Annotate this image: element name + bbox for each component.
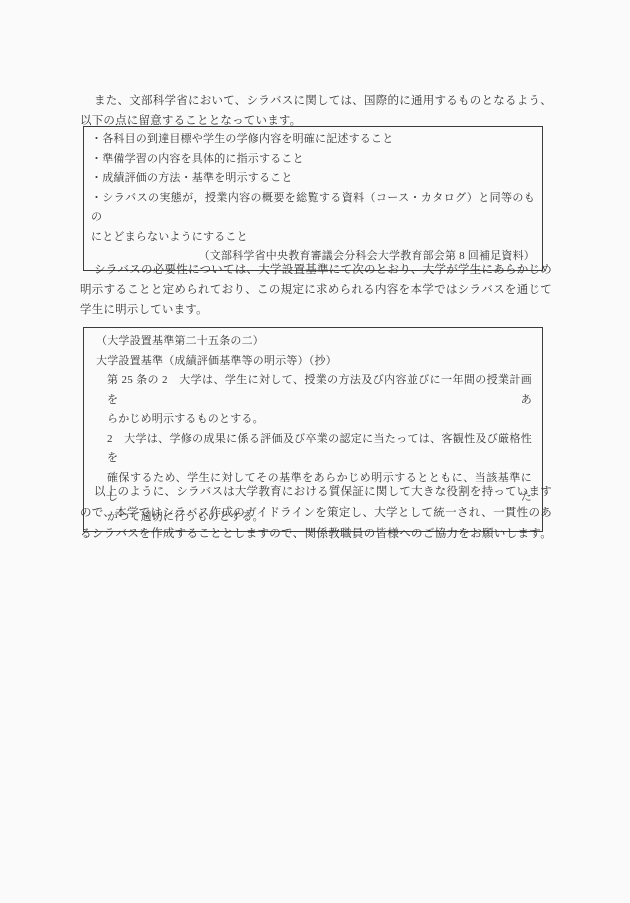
- notice-item: ・シラバスの実態が，授業内容の概要を総覧する資料（コース・カタログ）と同等のもの: [91, 189, 535, 228]
- text-line: 学生に明示しています。: [80, 300, 552, 320]
- text-line: 明示することと定められており、この規定に求められる内容を本学ではシラバスを通じて: [80, 280, 552, 300]
- standards-line: 大学設置基準（成績評価基準等の明示等）（抄）: [96, 352, 532, 372]
- closing-paragraph: 以上のように、シラバスは大学教育における質保証に関して大きな役割を持っています …: [80, 482, 552, 545]
- text-line: 以上のように、シラバスは大学教育における質保証に関して大きな役割を持っています: [80, 482, 552, 503]
- standards-line: 第 25 条の 2 大学は、学生に対して、授業の方法及び内容並びに一年間の授業計…: [107, 371, 532, 410]
- notice-item: ・準備学習の内容を具体的に指示すること: [91, 150, 535, 170]
- notice-item: ・成績評価の方法・基準を明示すること: [91, 169, 535, 189]
- standards-line: らかじめ明示するものとする。: [107, 410, 532, 430]
- standards-line: （大学設置基準第二十五条の二）: [96, 332, 532, 352]
- necessity-paragraph: シラバスの必要性については、大学設置基準にて次のとおり、大学が学生にあらかじめ …: [80, 260, 552, 320]
- text-line: ので、本学ではシラバス作成のガイドラインを策定し、大学として統一され、一貫性のあ: [80, 503, 552, 524]
- mext-notice-box: ・各科目の到達目標や学生の学修内容を明確に記述すること ・準備学習の内容を具体的…: [83, 126, 543, 271]
- notice-item: ・各科目の到達目標や学生の学修内容を明確に記述すること: [91, 130, 535, 150]
- text-line: シラバスの必要性については、大学設置基準にて次のとおり、大学が学生にあらかじめ: [80, 260, 552, 280]
- intro-paragraph: また、文部科学省において、シラバスに関しては、国際的に通用するものとなるよう、 …: [80, 91, 552, 131]
- document-page: また、文部科学省において、シラバスに関しては、国際的に通用するものとなるよう、 …: [0, 0, 630, 903]
- notice-item-continuation: にとどまらないようにすること: [91, 228, 535, 248]
- text-line: また、文部科学省において、シラバスに関しては、国際的に通用するものとなるよう、: [80, 91, 552, 111]
- text-line: るシラバスを作成することとしますので、関係教職員の皆様へのご協力をお願いします。: [80, 524, 552, 545]
- standards-line: 2 大学は、学修の成果に係る評価及び卒業の認定に当たっては、客観性及び厳格性を: [107, 430, 532, 469]
